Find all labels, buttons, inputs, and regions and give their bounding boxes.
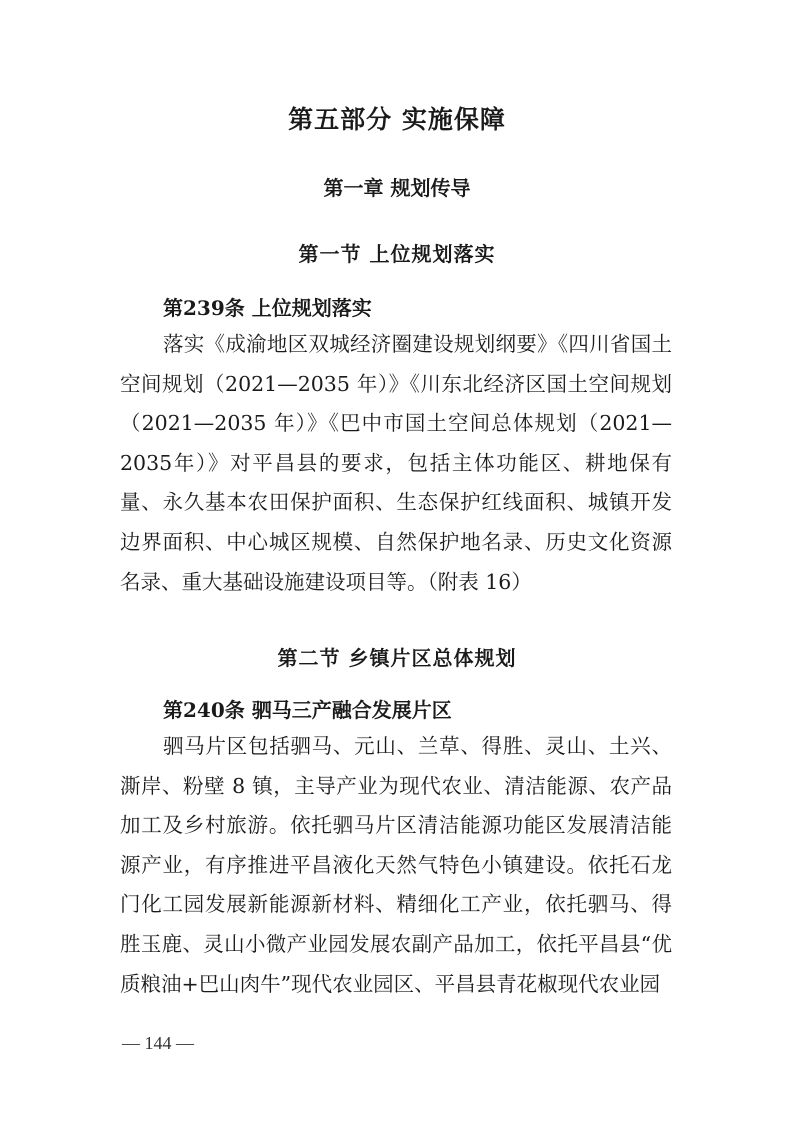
article-title-240: 第240条 驷马三产融合发展片区: [163, 694, 452, 723]
article-body-240: 驷马片区包括驷马、元山、兰草、得胜、灵山、土兴、澌岸、粉壁 8 镇，主导产业为现…: [120, 727, 672, 1004]
article-body-text: 驷马片区包括驷马、元山、兰草、得胜、灵山、土兴、澌岸、粉壁 8 镇，主导产业为现…: [120, 727, 672, 1004]
article-title-239: 第239条 上位规划落实: [163, 292, 372, 321]
document-page: 第五部分 实施保障 第一章 规划传导 第一节 上位规划落实 第239条 上位规划…: [0, 0, 794, 1122]
section-title-1: 第一节 上位规划落实: [0, 238, 794, 267]
part-title: 第五部分 实施保障: [0, 100, 794, 136]
page-number: — 144 —: [122, 1033, 194, 1054]
article-body-text: 落实《成渝地区双城经济圈建设规划纲要》《四川省国土空间规划（2021—2035 …: [120, 325, 672, 602]
chapter-title: 第一章 规划传导: [0, 172, 794, 201]
article-body-239: 落实《成渝地区双城经济圈建设规划纲要》《四川省国土空间规划（2021—2035 …: [120, 325, 672, 602]
section-title-2: 第二节 乡镇片区总体规划: [0, 642, 794, 671]
